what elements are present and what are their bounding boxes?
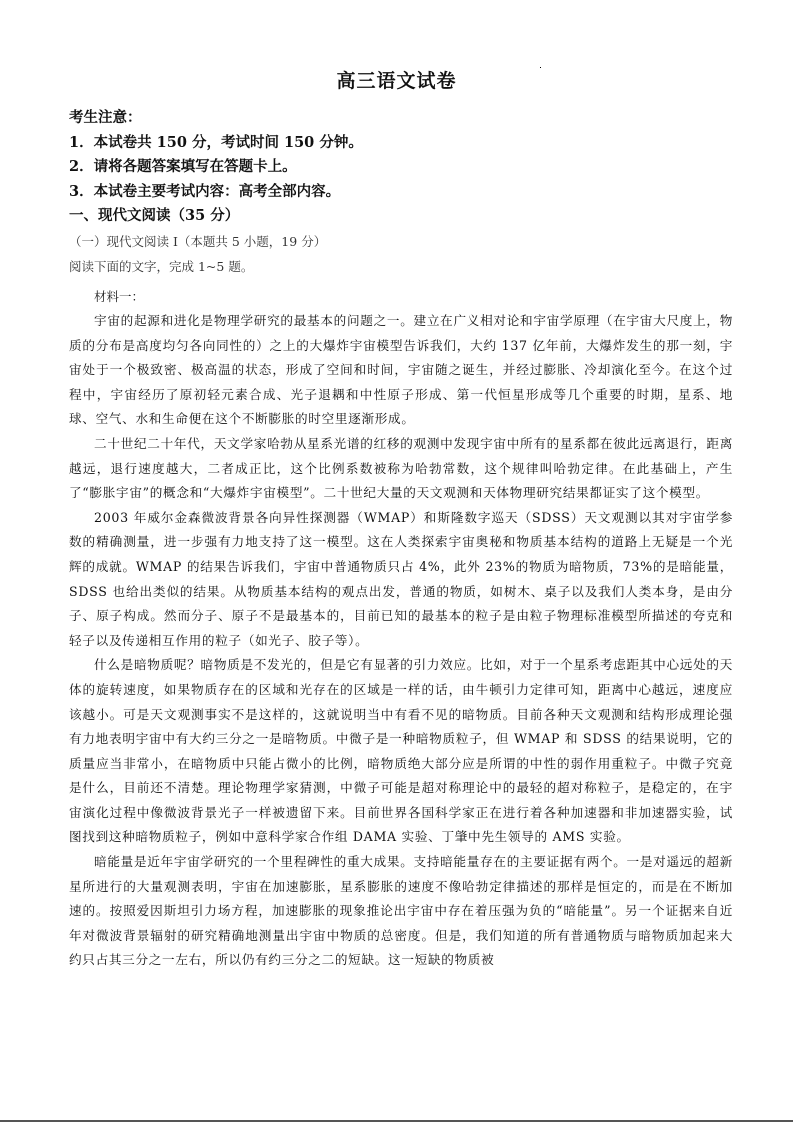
notice-heading: 考生注意： <box>69 106 749 131</box>
notice-item: 1．本试卷共 150 分，考试时间 150 分钟。 <box>69 131 749 156</box>
paragraph: 暗能量是近年宇宙学研究的一个里程碑性的重大成果。支持暗能量存在的主要证据有两个。… <box>69 850 733 973</box>
paragraph: 宇宙的起源和进化是物理学研究的最基本的问题之一。建立在广义相对论和宇宙学原理（在… <box>69 309 733 432</box>
reading-instruction: 阅读下面的文字，完成 1~5 题。 <box>69 257 749 275</box>
exam-title: 高三语文试卷 <box>0 66 793 93</box>
material-label: 材料一： <box>69 285 733 309</box>
subsection-heading: （一）现代文阅读 I（本题共 5 小题，19 分） <box>69 232 749 250</box>
section-heading: 一、现代文阅读（35 分） <box>69 204 749 229</box>
notice-item: 2．请将各题答案填写在答题卡上。 <box>69 155 749 180</box>
notice-item: 3．本试卷主要考试内容：高考全部内容。 <box>69 180 749 205</box>
exam-page: 高三语文试卷 考生注意： 1．本试卷共 150 分，考试时间 150 分钟。 2… <box>0 0 793 1122</box>
candidate-notice: 考生注意： 1．本试卷共 150 分，考试时间 150 分钟。 2．请将各题答案… <box>69 106 749 229</box>
stray-mark <box>540 67 541 68</box>
reading-material: 材料一： 宇宙的起源和进化是物理学研究的最基本的问题之一。建立在广义相对论和宇宙… <box>69 285 733 973</box>
paragraph: 2003 年威尔金森微波背景各向异性探测器（WMAP）和斯隆数字巡天（SDSS）… <box>69 506 733 654</box>
paragraph: 二十世纪二十年代，天文学家哈勃从星系光谱的红移的观测中发现宇宙中所有的星系都在彼… <box>69 432 733 506</box>
paragraph: 什么是暗物质呢？暗物质是不发光的，但是它有显著的引力效应。比如，对于一个星系考虑… <box>69 653 733 850</box>
